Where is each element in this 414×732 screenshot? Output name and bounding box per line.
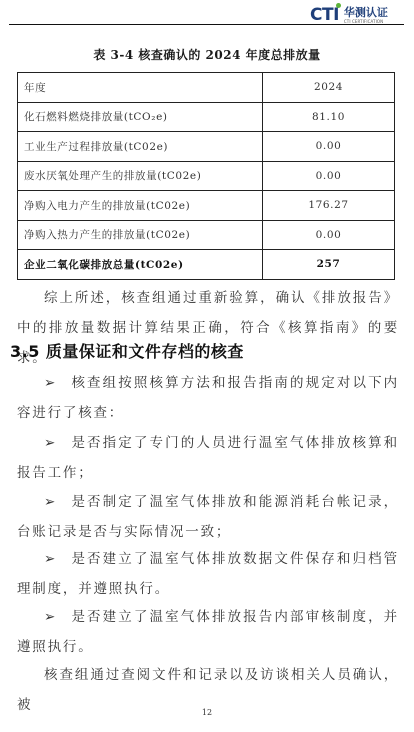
bullet-text: 核查组按照核算方法和报告指南的规定对以下内容进行了核查： [17,375,399,421]
bullet-text: 是否建立了温室气体排放数据文件保存和归档管理制度，并遵照执行。 [17,551,399,597]
bullet-text: 是否指定了专门的人员进行温室气体排放核算和报告工作； [17,435,399,481]
table-row: 净购入电力产生的排放量(tC02e) 176.27 [18,191,395,221]
row-label: 年度 [18,73,263,103]
table-row: 工业生产过程排放量(tC02e) 0.00 [18,132,395,162]
row-value: 2024 [263,73,395,103]
row-value: 0.00 [263,132,395,162]
row-value: 257 [263,250,395,280]
logo-dot-icon [336,3,341,8]
bullet-text: 是否建立了温室气体排放报告内部审核制度，并遵照执行。 [17,609,399,655]
emissions-table: 年度 2024 化石燃料燃烧排放量(tCO₂e) 81.10 工业生产过程排放量… [17,72,395,280]
cti-logo: CTI 华测认证 CTI CERTIFICATION [310,4,388,24]
row-value: 0.00 [263,220,395,250]
row-label: 净购入热力产生的排放量(tC02e) [18,220,263,250]
logo-chinese: 华测认证 [344,7,388,19]
logo-text: 华测认证 CTI CERTIFICATION [344,7,388,24]
bullet-item: ➢是否指定了专门的人员进行温室气体排放核算和报告工作； [17,428,399,488]
arrowhead-bullet-icon: ➢ [44,368,57,398]
bullet-item: ➢是否建立了温室气体排放数据文件保存和归档管理制度，并遵照执行。 [17,544,399,604]
row-label: 企业二氧化碳排放总量(tC02e) [18,250,263,280]
bullet-item: ➢是否建立了温室气体排放报告内部审核制度，并遵照执行。 [17,602,399,662]
row-label: 工业生产过程排放量(tC02e) [18,132,263,162]
table-row: 废水厌氧处理产生的排放量(tC02e) 0.00 [18,161,395,191]
arrowhead-bullet-icon: ➢ [44,602,57,632]
table-row-total: 企业二氧化碳排放总量(tC02e) 257 [18,250,395,280]
row-value: 0.00 [263,161,395,191]
table-title: 表 3-4 核查确认的 2024 年度总排放量 [0,46,414,63]
section-heading: 3.5 质量保证和文件存档的核查 [10,339,244,362]
table-row: 年度 2024 [18,73,395,103]
bullet-item: ➢是否制定了温室气体排放和能源消耗台帐记录，台账记录是否与实际情况一致； [17,487,399,547]
arrowhead-bullet-icon: ➢ [44,428,57,458]
page-number: 12 [0,708,414,717]
logo-brand: CTI [310,7,339,24]
row-value: 176.27 [263,191,395,221]
row-label: 废水厌氧处理产生的排放量(tC02e) [18,161,263,191]
row-label: 净购入电力产生的排放量(tC02e) [18,191,263,221]
bullet-item: ➢核查组按照核算方法和报告指南的规定对以下内容进行了核查： [17,368,399,428]
table-row: 净购入热力产生的排放量(tC02e) 0.00 [18,220,395,250]
bullet-text: 是否制定了温室气体排放和能源消耗台帐记录，台账记录是否与实际情况一致； [17,494,399,540]
row-value: 81.10 [263,102,395,132]
table-row: 化石燃料燃烧排放量(tCO₂e) 81.10 [18,102,395,132]
arrowhead-bullet-icon: ➢ [44,487,57,517]
header-divider [9,24,404,25]
arrowhead-bullet-icon: ➢ [44,544,57,574]
row-label: 化石燃料燃烧排放量(tCO₂e) [18,102,263,132]
